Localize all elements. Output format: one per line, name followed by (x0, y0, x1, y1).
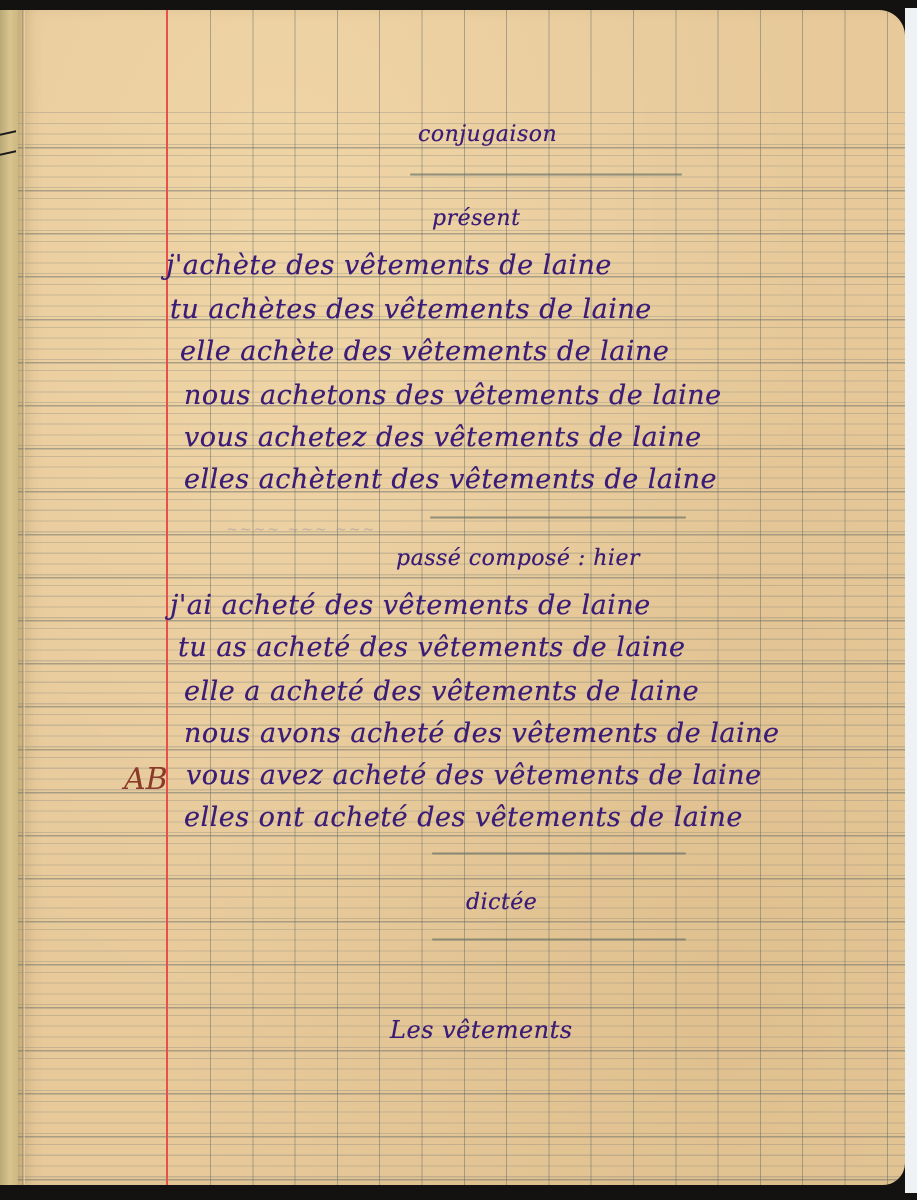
present-line-elle: elle achète des vêtements de laine (180, 336, 669, 367)
notebook-page: conjugaison présent j'achète des vêtemen… (18, 10, 905, 1185)
passe-line-elle: elle a acheté des vêtements de laine (184, 676, 699, 707)
passe-line-tu: tu as acheté des vêtements de laine (178, 632, 685, 663)
passe-line-je: j'ai acheté des vêtements de laine (170, 590, 651, 621)
present-line-vous: vous achetez des vêtements de laine (184, 422, 702, 453)
present-line-elles: elles achètent des vêtements de laine (184, 464, 717, 495)
passe-line-vous: vous avez acheté des vêtements de laine (186, 760, 762, 791)
show-through-text: ~~~~ ~~~ ~~~ (226, 522, 376, 538)
passe-line-nous: nous avons acheté des vêtements de laine (184, 718, 780, 749)
present-line-nous: nous achetons des vêtements de laine (184, 380, 722, 411)
section-title-dictee: dictée (466, 890, 537, 915)
dictee-underline-rule (432, 938, 686, 941)
ink-mark-previous-page (0, 130, 16, 155)
dictee-title-les-vetements: Les vêtements (390, 1016, 573, 1044)
section-divider-rule-2 (432, 852, 686, 855)
section-divider-rule (430, 516, 686, 519)
passe-line-elles: elles ont acheté des vêtements de laine (184, 802, 743, 833)
present-line-tu: tu achètes des vêtements de laine (170, 294, 652, 325)
present-line-je: j'achète des vêtements de laine (166, 250, 612, 281)
scan-background (905, 8, 917, 1193)
subtitle-present: présent (432, 206, 520, 231)
title-underline-rule (410, 173, 682, 176)
teacher-correction-mark: AB (124, 762, 168, 797)
subtitle-passe-compose: passé composé : hier (396, 546, 640, 571)
binding-fold (22, 10, 25, 1185)
section-title-conjugaison: conjugaison (418, 122, 557, 147)
margin-line (166, 10, 168, 1185)
